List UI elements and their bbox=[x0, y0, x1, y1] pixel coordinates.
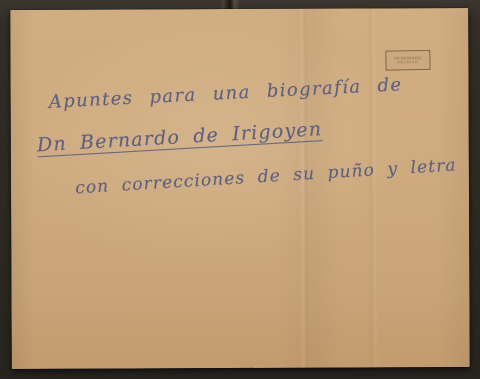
paper-sheet: RESERVADO ARCHIVO Apuntes para una biogr… bbox=[10, 8, 470, 369]
handwriting-gap bbox=[362, 91, 378, 92]
handwritten-line-1-text: Apuntes para una biografía bbox=[48, 76, 362, 113]
handwritten-line-3: con correcciones de su puño y letra bbox=[75, 155, 457, 198]
handwritten-line-1: Apuntes para una biografíade bbox=[48, 74, 403, 113]
archive-stamp-text: RESERVADO ARCHIVO bbox=[394, 51, 422, 70]
paper-crease bbox=[298, 9, 310, 368]
paper-crease bbox=[366, 8, 378, 367]
handwritten-line-2: Dn Bernardo de Irigoyen bbox=[36, 118, 322, 156]
scanned-document: RESERVADO ARCHIVO Apuntes para una biogr… bbox=[0, 0, 480, 379]
handwritten-line-1-suffix: de bbox=[377, 74, 403, 96]
archive-stamp: RESERVADO ARCHIVO bbox=[385, 50, 430, 71]
archive-stamp-line-2: ARCHIVO bbox=[398, 60, 419, 64]
